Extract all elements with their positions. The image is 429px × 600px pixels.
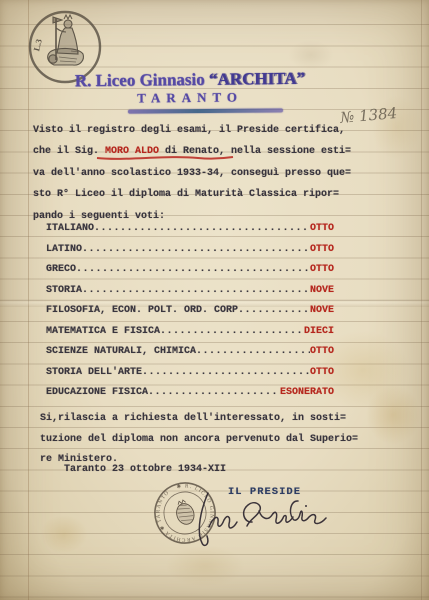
- grade-value: OTTO: [310, 367, 334, 378]
- grade-value: OTTO: [310, 244, 334, 255]
- dot-leader: ........................................…: [160, 326, 304, 337]
- grade-row: LATINO..................................…: [46, 244, 334, 265]
- body-line2-prefix: che il Sig.: [33, 146, 105, 157]
- grades-list: ITALIANO................................…: [46, 223, 334, 408]
- date-line: Taranto 23 ottobre 1934-XII: [64, 464, 226, 475]
- body-line: va dell'anno scolastico 1933-34, consegu…: [33, 163, 393, 184]
- subject-label: STORIA DELL'ARTE: [46, 367, 142, 378]
- closing-paragraph: Si,rilascia a richiesta dell'interessato…: [40, 409, 400, 471]
- dot-leader: ........................................…: [148, 387, 280, 398]
- dot-leader: ........................................…: [238, 305, 310, 316]
- school-city: TARANTO: [58, 89, 322, 108]
- subject-label: MATEMATICA E FISICA: [46, 326, 160, 337]
- grade-row: FILOSOFIA, ECON. POLT. ORD. CORP........…: [46, 305, 334, 326]
- red-underline: [96, 154, 234, 162]
- closing-line: tuzione del diploma non ancora pervenuto…: [40, 430, 400, 451]
- subject-label: FILOSOFIA, ECON. POLT. ORD. CORP: [46, 305, 238, 316]
- school-name: “ARCHITA”: [209, 69, 305, 89]
- school-name-line: R. Liceo Ginnasio “ARCHITA”: [58, 69, 322, 91]
- subject-label: GRECO: [46, 264, 76, 275]
- grade-value: ESONERATO: [280, 387, 334, 398]
- grade-value: NOVE: [310, 305, 334, 316]
- grade-row: MATEMATICA E FISICA.....................…: [46, 326, 334, 347]
- grade-value: OTTO: [310, 223, 334, 234]
- grade-row: EDUCAZIONE FISICA.......................…: [46, 387, 334, 408]
- grade-value: NOVE: [310, 285, 334, 296]
- grade-value: DIECI: [304, 326, 334, 337]
- dot-leader: ........................................…: [82, 285, 310, 296]
- dot-leader: ........................................…: [76, 264, 310, 275]
- grade-value: OTTO: [310, 346, 334, 357]
- subject-label: STORIA: [46, 285, 82, 296]
- body-line: sto R° Liceo il diploma di Maturità Clas…: [33, 184, 393, 205]
- seal-denomination: L.3: [31, 38, 44, 52]
- school-rubber-stamp: R. Liceo Ginnasio “ARCHITA” TARANTO: [58, 69, 322, 108]
- dot-leader: ........................................…: [82, 244, 310, 255]
- grade-row: STORIA..................................…: [46, 285, 334, 306]
- dot-leader: ........................................…: [142, 367, 310, 378]
- dot-leader: ........................................…: [196, 346, 310, 357]
- subject-label: EDUCAZIONE FISICA: [46, 387, 148, 398]
- subject-label: ITALIANO: [46, 223, 94, 234]
- grade-row: SCIENZE NATURALI, CHIMICA...............…: [46, 346, 334, 367]
- body-line: Visto il registro degli esami, il Presid…: [33, 120, 393, 141]
- dot-leader: ........................................…: [94, 223, 310, 234]
- preside-signature: [192, 489, 332, 551]
- school-name-prefix: R. Liceo Ginnasio: [75, 70, 209, 90]
- certificate-body: Visto il registro degli esami, il Presid…: [33, 120, 393, 227]
- certificate-document: L.3 R. Liceo Ginnasio “ARCHITA” TARANTO …: [0, 0, 429, 600]
- subject-label: LATINO: [46, 244, 82, 255]
- grade-value: OTTO: [310, 264, 334, 275]
- closing-line: Si,rilascia a richiesta dell'interessato…: [40, 409, 400, 430]
- grade-row: ITALIANO................................…: [46, 223, 334, 244]
- subject-label: SCIENZE NATURALI, CHIMICA: [46, 346, 196, 357]
- grade-row: STORIA DELL'ARTE........................…: [46, 367, 334, 388]
- grade-row: GRECO...................................…: [46, 264, 334, 285]
